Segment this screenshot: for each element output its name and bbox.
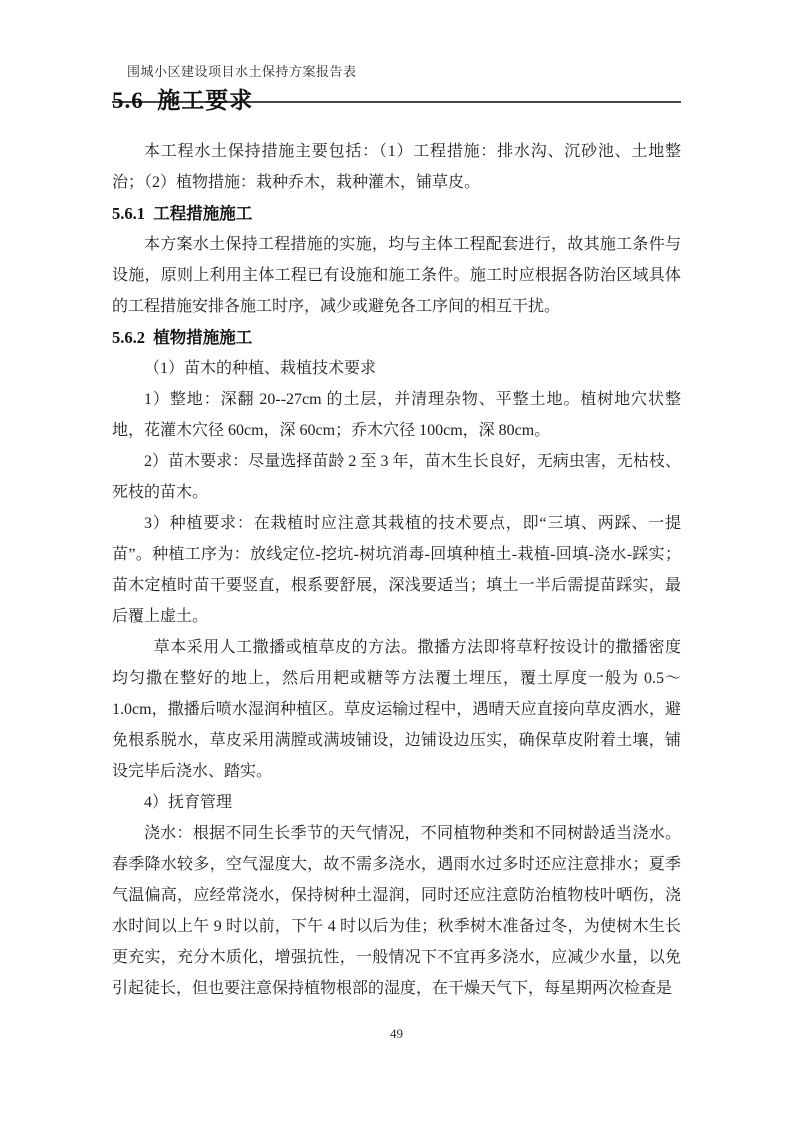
paragraph-planting-requirements: 3）种植要求：在栽植时应注意其栽植的技术要点，即“三填、两踩、一提苗”。种植工序… xyxy=(112,508,681,632)
paragraph-engineering-measures: 本方案水土保持工程措施的实施，均与主体工程配套进行，故其施工条件与设施，原则上利… xyxy=(112,229,681,322)
section-heading-plant-measures: 5.6.2 植物措施施工 xyxy=(112,322,681,353)
paragraph-grass-seeding: 草本采用人工撒播或植草皮的方法。撒播方法即将草籽按设计的撒播密度均匀撒在整好的地… xyxy=(112,632,681,787)
paragraph-seedling-requirements: 2）苗木要求：尽量选择苗龄 2 至 3 年，苗木生长良好，无病虫害，无枯枝、死枝… xyxy=(112,446,681,508)
paragraph-watering-guidelines: 浇水：根据不同生长季节的天气情况，不同植物种类和不同树龄适当浇水。春季降水较多，… xyxy=(112,818,681,1004)
document-body: 本工程水土保持措施主要包括：（1）工程措施：排水沟、沉砂池、土地整治；（2）植物… xyxy=(112,136,681,1004)
paragraph-tending-management-heading: 4）抚育管理 xyxy=(112,787,681,818)
paragraph-land-preparation: 1）整地：深翻 20--27cm 的土层，并清理杂物、平整土地。植树地穴状整地，… xyxy=(112,384,681,446)
document-page: 围城小区建设项目水土保持方案报告表 5.6 施工要求 本工程水土保持措施主要包括… xyxy=(0,0,793,1122)
paragraph-seedling-tech-heading: （1）苗木的种植、栽植技术要求 xyxy=(112,353,681,384)
page-number: 49 xyxy=(390,1026,403,1041)
page-footer: 49 xyxy=(0,1026,793,1042)
header-title: 围城小区建设项目水土保持方案报告表 xyxy=(127,64,357,79)
paragraph-measures-overview: 本工程水土保持措施主要包括：（1）工程措施：排水沟、沉砂池、土地整治；（2）植物… xyxy=(112,136,681,198)
document-title: 5.6 施工要求 xyxy=(112,82,253,115)
section-heading-engineering-measures: 5.6.1 工程措施施工 xyxy=(112,198,681,229)
